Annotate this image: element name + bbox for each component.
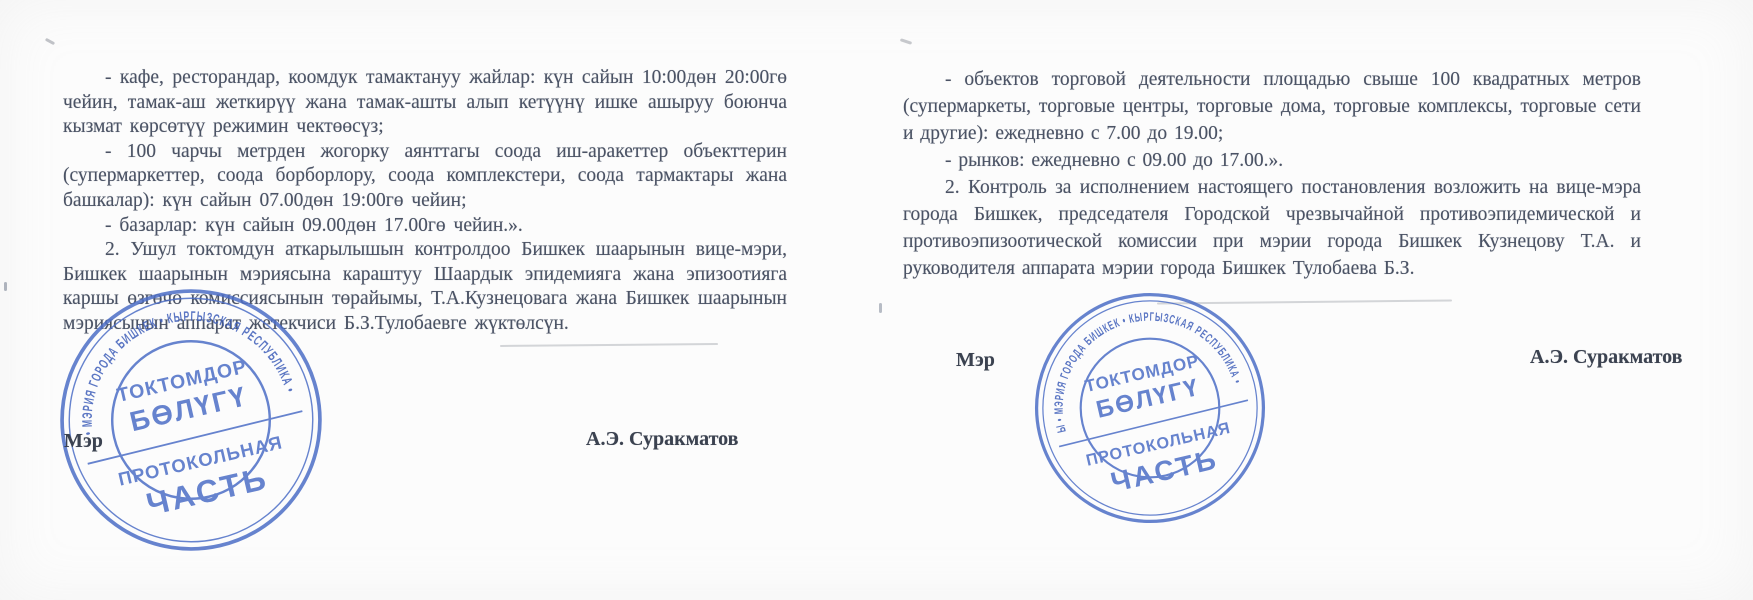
scan-artifact — [879, 303, 882, 313]
signer-name-right: А.Э. Суракматов — [1530, 346, 1682, 369]
scan-artifact — [4, 282, 7, 291]
signer-title-right: Мэр — [956, 349, 995, 372]
left-paragraph-3: - базарлар: күн сайын 09.00дөн 17.00гө ч… — [63, 214, 787, 239]
right-paragraph-1: - объектов торговой деятельности площадь… — [903, 66, 1641, 147]
signer-title-left: Мэр — [64, 430, 103, 453]
official-round-stamp-left: КЫРГЫЗ РЕСПУБЛИКАСЫ • БИШКЕК ШААРЫНЫН МЭ… — [58, 287, 324, 553]
official-round-stamp-right: КЫРГЫЗ РЕСПУБЛИКАСЫ • БИШКЕК ШААРЫНЫН МЭ… — [1033, 291, 1267, 525]
left-paragraph-1: - кафе, ресторандар, коомдук тамактануу … — [63, 66, 787, 140]
right-paragraph-2: - рынков: ежедневно с 09.00 до 17.00.». — [903, 147, 1641, 174]
left-paragraph-2: - 100 чарчы метрден жогорку аянттагы соо… — [63, 140, 787, 214]
right-text-block: - объектов торговой деятельности площадь… — [903, 66, 1641, 282]
signature-line-left — [500, 343, 718, 347]
signer-name-left: А.Э. Суракматов — [586, 428, 738, 451]
scanned-document: - кафе, ресторандар, коомдук тамактануу … — [0, 0, 1753, 600]
scan-artifact — [45, 38, 55, 45]
right-paragraph-3: 2. Контроль за исполнением настоящего по… — [903, 174, 1641, 282]
scan-artifact — [900, 38, 912, 45]
